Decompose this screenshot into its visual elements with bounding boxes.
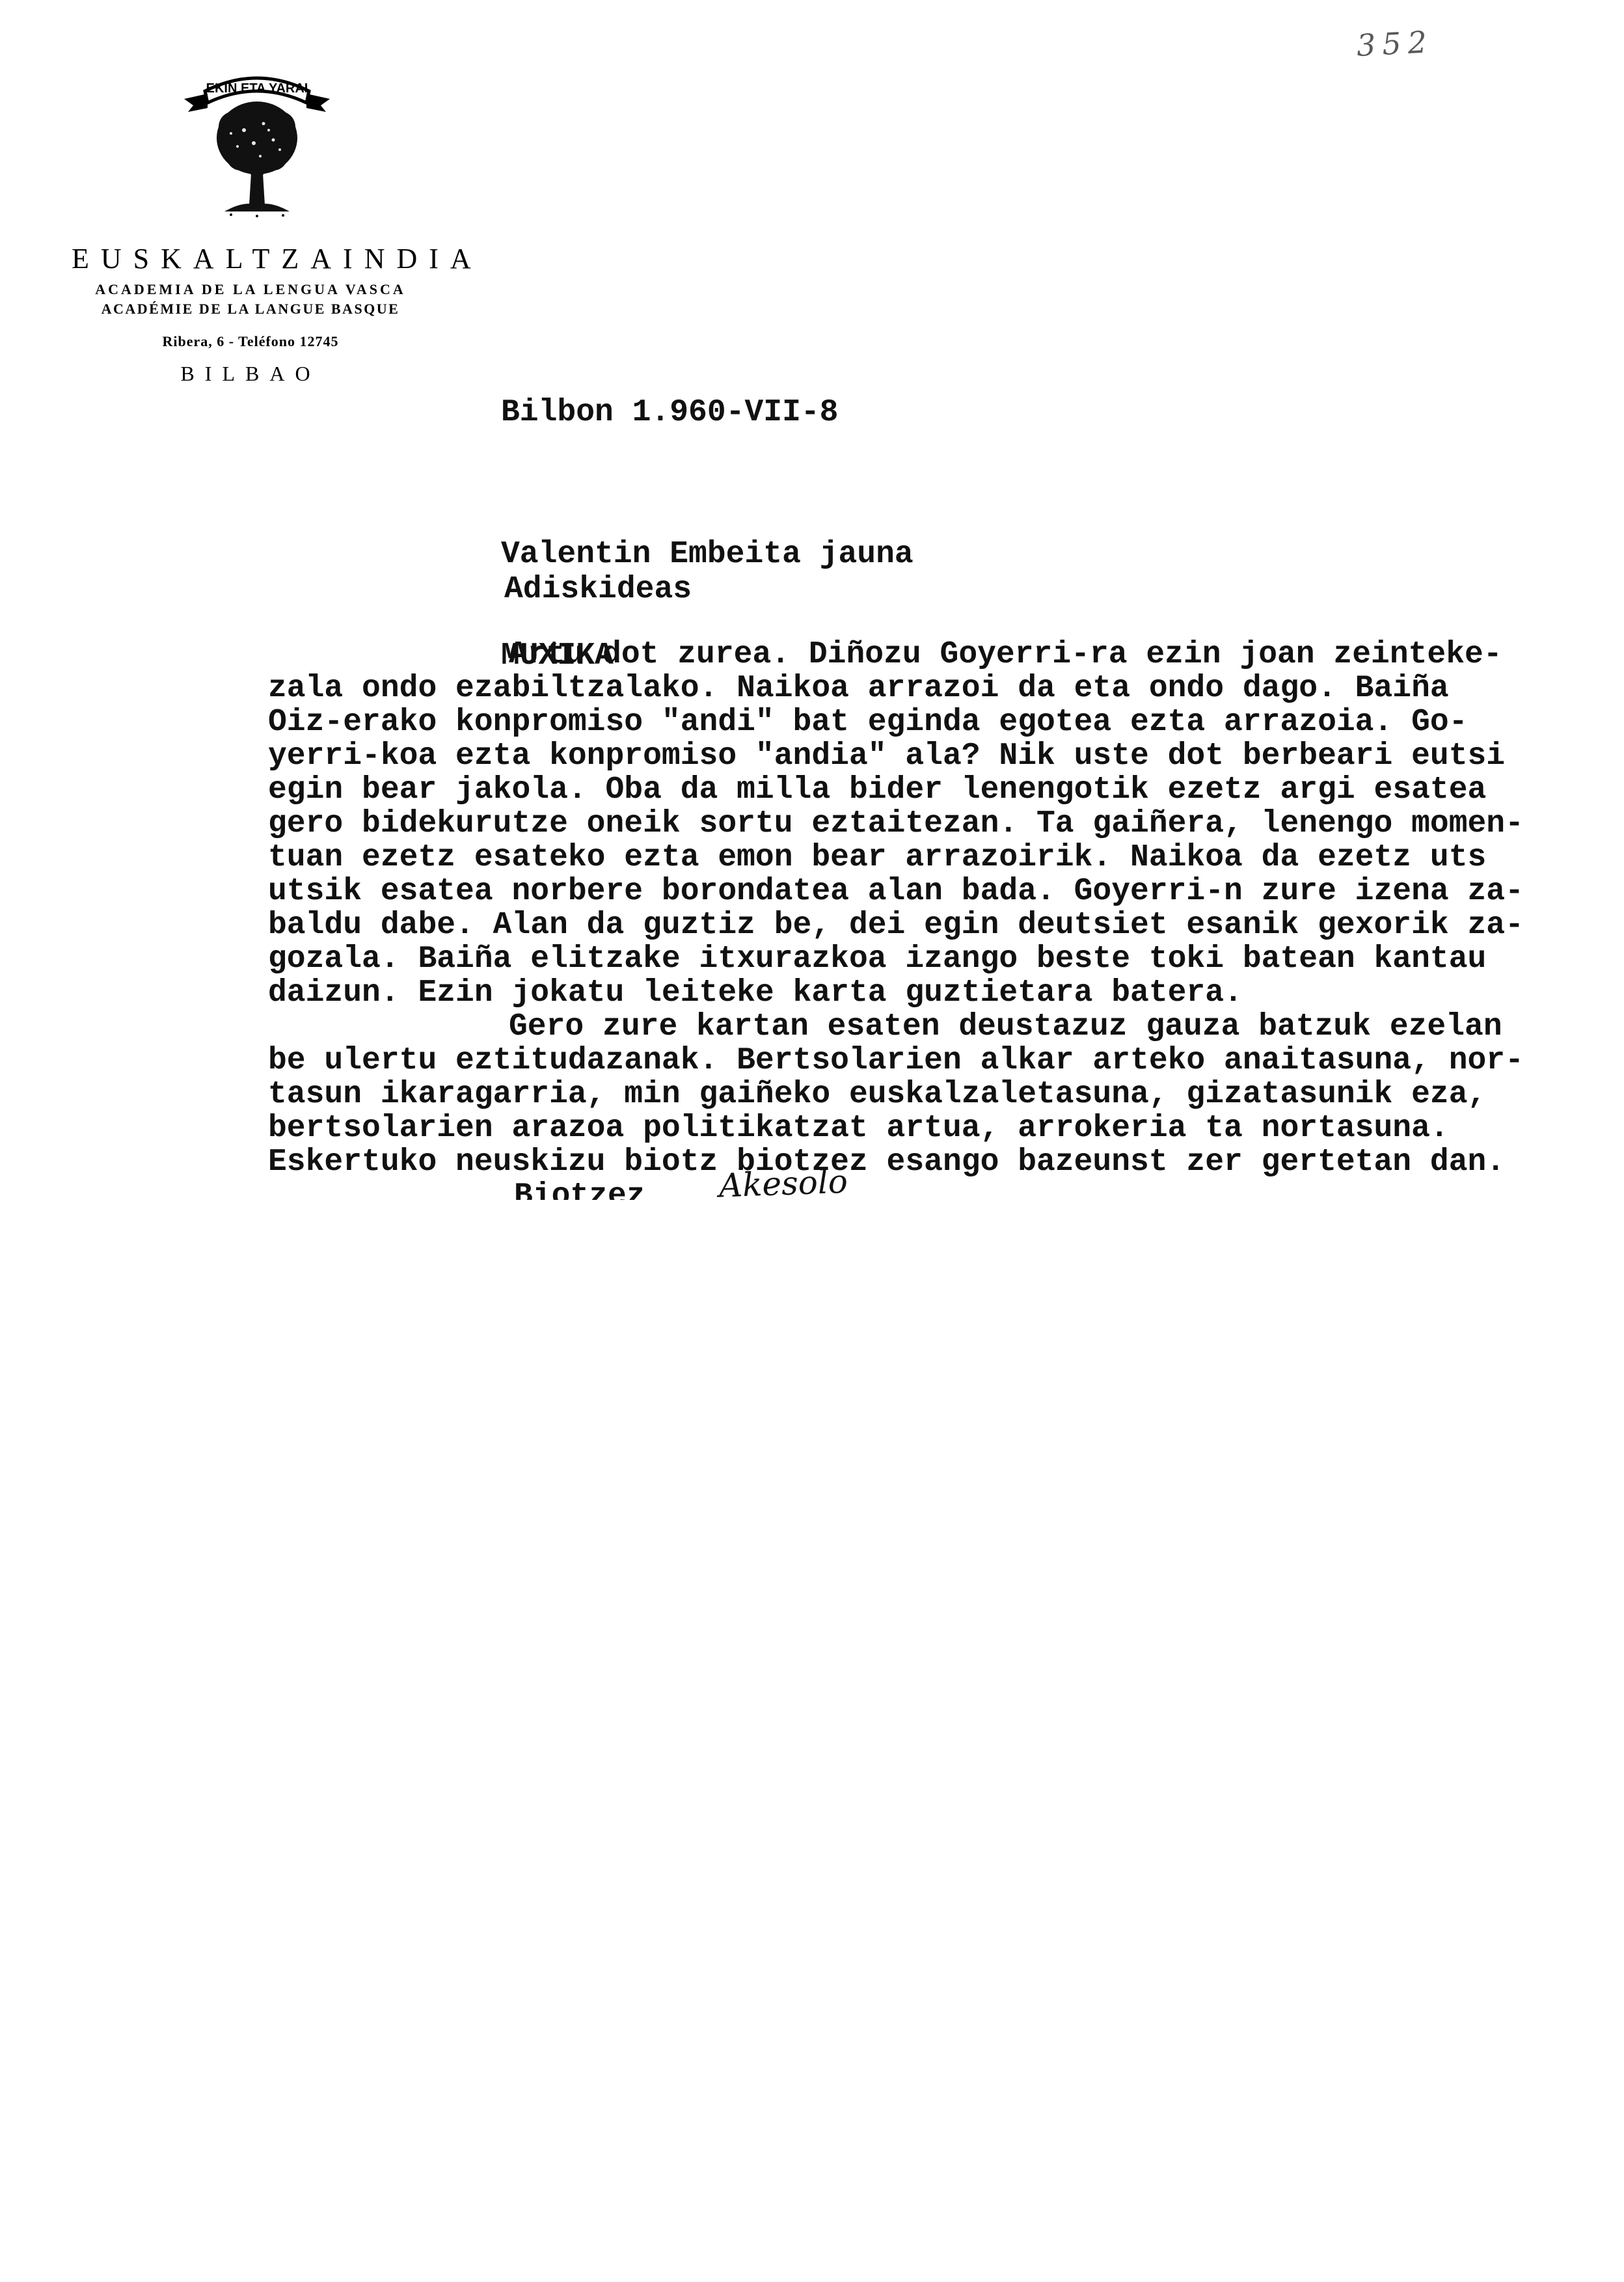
letter-page: 352 EKIN ETA YARAI EUSKALTZAINDIA ACADEM… <box>0 0 1624 2282</box>
letter-body: Artu dot zurea. Diñozu Goyerri-ra ezin j… <box>268 638 1589 1179</box>
letterhead-subtitle-french: ACADÉMIE DE LA LANGUE BASQUE <box>72 301 429 318</box>
body-line: bertsolarien arazoa politikatzat artua, … <box>268 1111 1589 1145</box>
body-line: utsik esatea norbere borondatea alan bad… <box>268 875 1589 908</box>
addressee-name: Valentin Embeita jauna <box>501 537 913 571</box>
body-line: zala ondo ezabiltzalako. Naikoa arrazoi … <box>268 672 1589 705</box>
body-line: Oiz-erako konpromiso "andi" bat eginda e… <box>268 705 1589 739</box>
handwritten-folio-number: 352 <box>1356 24 1434 63</box>
body-line: baldu dabe. Alan da guztiz be, dei egin … <box>268 908 1589 942</box>
letterhead-address: Ribera, 6 - Teléfono 12745 <box>72 333 429 350</box>
letter-closing: Biotzez <box>514 1179 645 1200</box>
body-line: tuan ezetz esateko ezta emon bear arrazo… <box>268 841 1589 875</box>
body-line: tasun ikaragarria, min gaiñeko euskalzal… <box>268 1078 1589 1111</box>
body-line: yerri-koa ezta konpromiso "andia" ala? N… <box>268 739 1589 773</box>
body-line: egin bear jakola. Oba da milla bider len… <box>268 773 1589 807</box>
letterhead-institution-name: EUSKALTZAINDIA <box>72 242 429 275</box>
body-line: gero bidekurutze oneik sortu eztaitezan.… <box>268 807 1589 841</box>
letterhead-city: BILBAO <box>72 362 429 386</box>
tree-logo-icon: EKIN ETA YARAI <box>179 65 335 221</box>
body-line: daizun. Ezin jokatu leiteke karta guztie… <box>268 976 1589 1010</box>
letter-salutation: Adiskideas <box>504 573 692 606</box>
logo-motto: EKIN ETA YARAI <box>206 81 308 96</box>
body-line: Artu dot zurea. Diñozu Goyerri-ra ezin j… <box>268 638 1589 672</box>
body-line: Eskertuko neuskizu biotz biotzez esango … <box>268 1145 1589 1179</box>
body-line: Gero zure kartan esaten deustazuz gauza … <box>268 1010 1589 1044</box>
body-line: be ulertu eztitudazanak. Bertsolarien al… <box>268 1044 1589 1078</box>
letterhead-subtitle-spanish: ACADEMIA DE LA LENGUA VASCA <box>72 281 429 298</box>
handwritten-signature: Akesolo <box>718 1163 848 1205</box>
letter-date: Bilbon 1.960-VII-8 <box>501 396 838 429</box>
body-line: gozala. Baiña elitzake itxurazkoa izango… <box>268 942 1589 976</box>
